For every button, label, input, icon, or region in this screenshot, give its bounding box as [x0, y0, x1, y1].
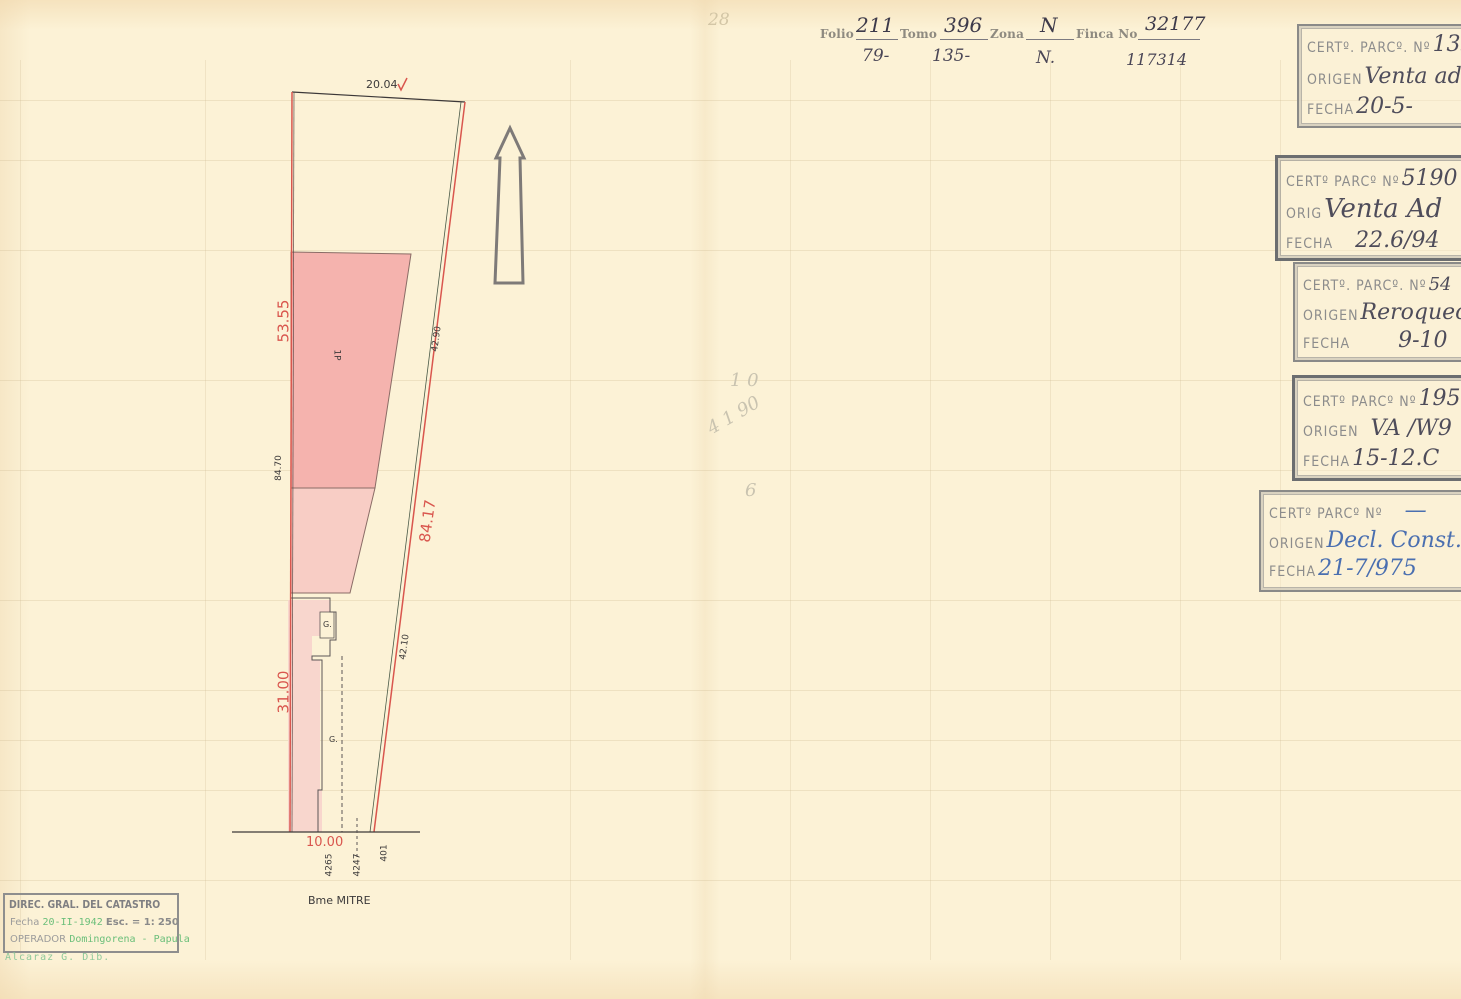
document-paper: 28 Folio 211 Tomo 396 Zona N Finca No 32…	[0, 0, 1461, 999]
label-lower-building: G.	[329, 735, 338, 744]
dim-front-left: 4265	[324, 854, 334, 877]
north-arrow-icon	[495, 128, 524, 283]
dim-top: 20.04	[366, 78, 398, 91]
lower-building-shading	[291, 488, 375, 593]
escala-label: Esc. = 1:	[106, 917, 155, 928]
dim-left-upper: 53.55	[274, 300, 292, 343]
upper-building-shading	[291, 252, 411, 488]
dim-front-right: 401	[380, 844, 390, 861]
dim-left-mid: 84.70	[274, 455, 284, 481]
catastro-title: DIREC. GRAL. DEL CATASTRO	[9, 898, 160, 911]
label-small-room: G.	[323, 620, 332, 629]
escala-value: 250	[158, 917, 179, 928]
dim-left-lower: 31.00	[274, 671, 292, 714]
operador-label: OPERADOR	[10, 934, 66, 945]
operador-value: Domingorena - Papula	[69, 934, 189, 945]
dim-front: 10.00	[306, 835, 343, 850]
dibujante-signature: Alcaraz G. Dib.	[5, 952, 110, 963]
check-mark-icon	[398, 78, 407, 90]
lower-strip-shading	[288, 600, 330, 832]
parcel-plan-drawing	[0, 0, 1461, 999]
fecha-value: 20-II-1942	[43, 917, 103, 928]
street-name: Bme MITRE	[308, 894, 371, 907]
fecha-label: Fecha	[10, 917, 39, 928]
dim-front-mid: 4247	[352, 854, 362, 877]
label-upper-building: 1P	[332, 349, 342, 360]
catastro-stamp: DIREC. GRAL. DEL CATASTRO Fecha 20-II-19…	[3, 893, 179, 953]
